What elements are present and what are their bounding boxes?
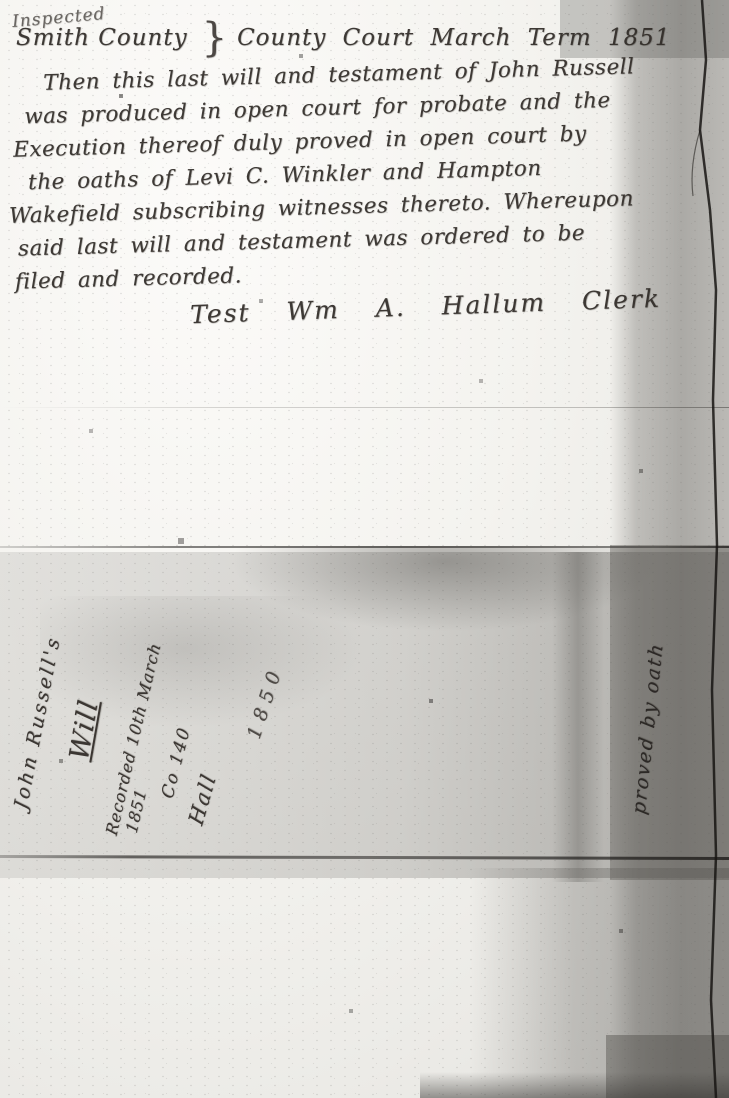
body-line: was produced in open court for probate a… [24,81,715,133]
crease-line-upper [0,407,729,408]
body-line: the oaths of Levi C. Winkler and Hampton [28,147,717,199]
right-mid-stain [610,545,729,880]
scanned-document-page: Inspected Smith County } County Court Ma… [0,0,729,1098]
body-line: Wakefield subscribing witnesses thereto.… [9,180,718,233]
docket-recorded-year: 1851 [120,646,182,843]
docket-recorded-note: Recorded 10th March 1851 [102,640,183,843]
top-right-corner-stain [560,0,729,58]
court-term-line: County Court March Term 1851 [237,25,671,51]
brace-mark: } [202,22,227,54]
crease-line-middle [0,546,729,548]
clerk-attestation: Test Wm A. Hallum Clerk [190,284,662,329]
bottom-edge-shadow [420,1072,729,1098]
body-line: Execution thereof duly proved in open co… [13,114,716,167]
docket-recorded-date: Recorded 10th March [102,640,164,837]
body-line: said last will and testament was ordered… [18,213,719,266]
ink-specks [0,0,2,2]
right-edge-stain-band [610,0,729,1098]
docket-will-label: Will [64,696,105,764]
top-docket-note: Inspected [11,4,106,32]
county-name: Smith County [16,25,188,51]
docket-reference-number: Co 140 [158,724,195,801]
vertical-streak [552,552,604,882]
left-smudge [40,596,360,726]
docket-decedent-name: John Russell's [10,633,65,811]
paper-noise-texture [0,0,729,1098]
docket-year-note: 1850 [243,662,288,741]
crease-line-lower [0,855,729,860]
fold-smudge [230,546,660,632]
probate-entry-paragraph: Then this last will and testament of Joh… [3,48,719,299]
body-line: Then this last will and testament of Joh… [43,48,714,100]
paper-tear-crack [0,0,729,1098]
bottom-right-stain [470,868,729,1098]
middle-fold-stain-band [0,552,729,878]
court-heading: Smith County } County Court March Term 1… [16,22,671,54]
bottom-right-corner-stain [606,1035,729,1098]
body-line: filed and recorded. [14,246,719,299]
docket-proved-note: proved by oath [628,640,668,816]
docket-clerk-name: Hall [184,770,221,828]
